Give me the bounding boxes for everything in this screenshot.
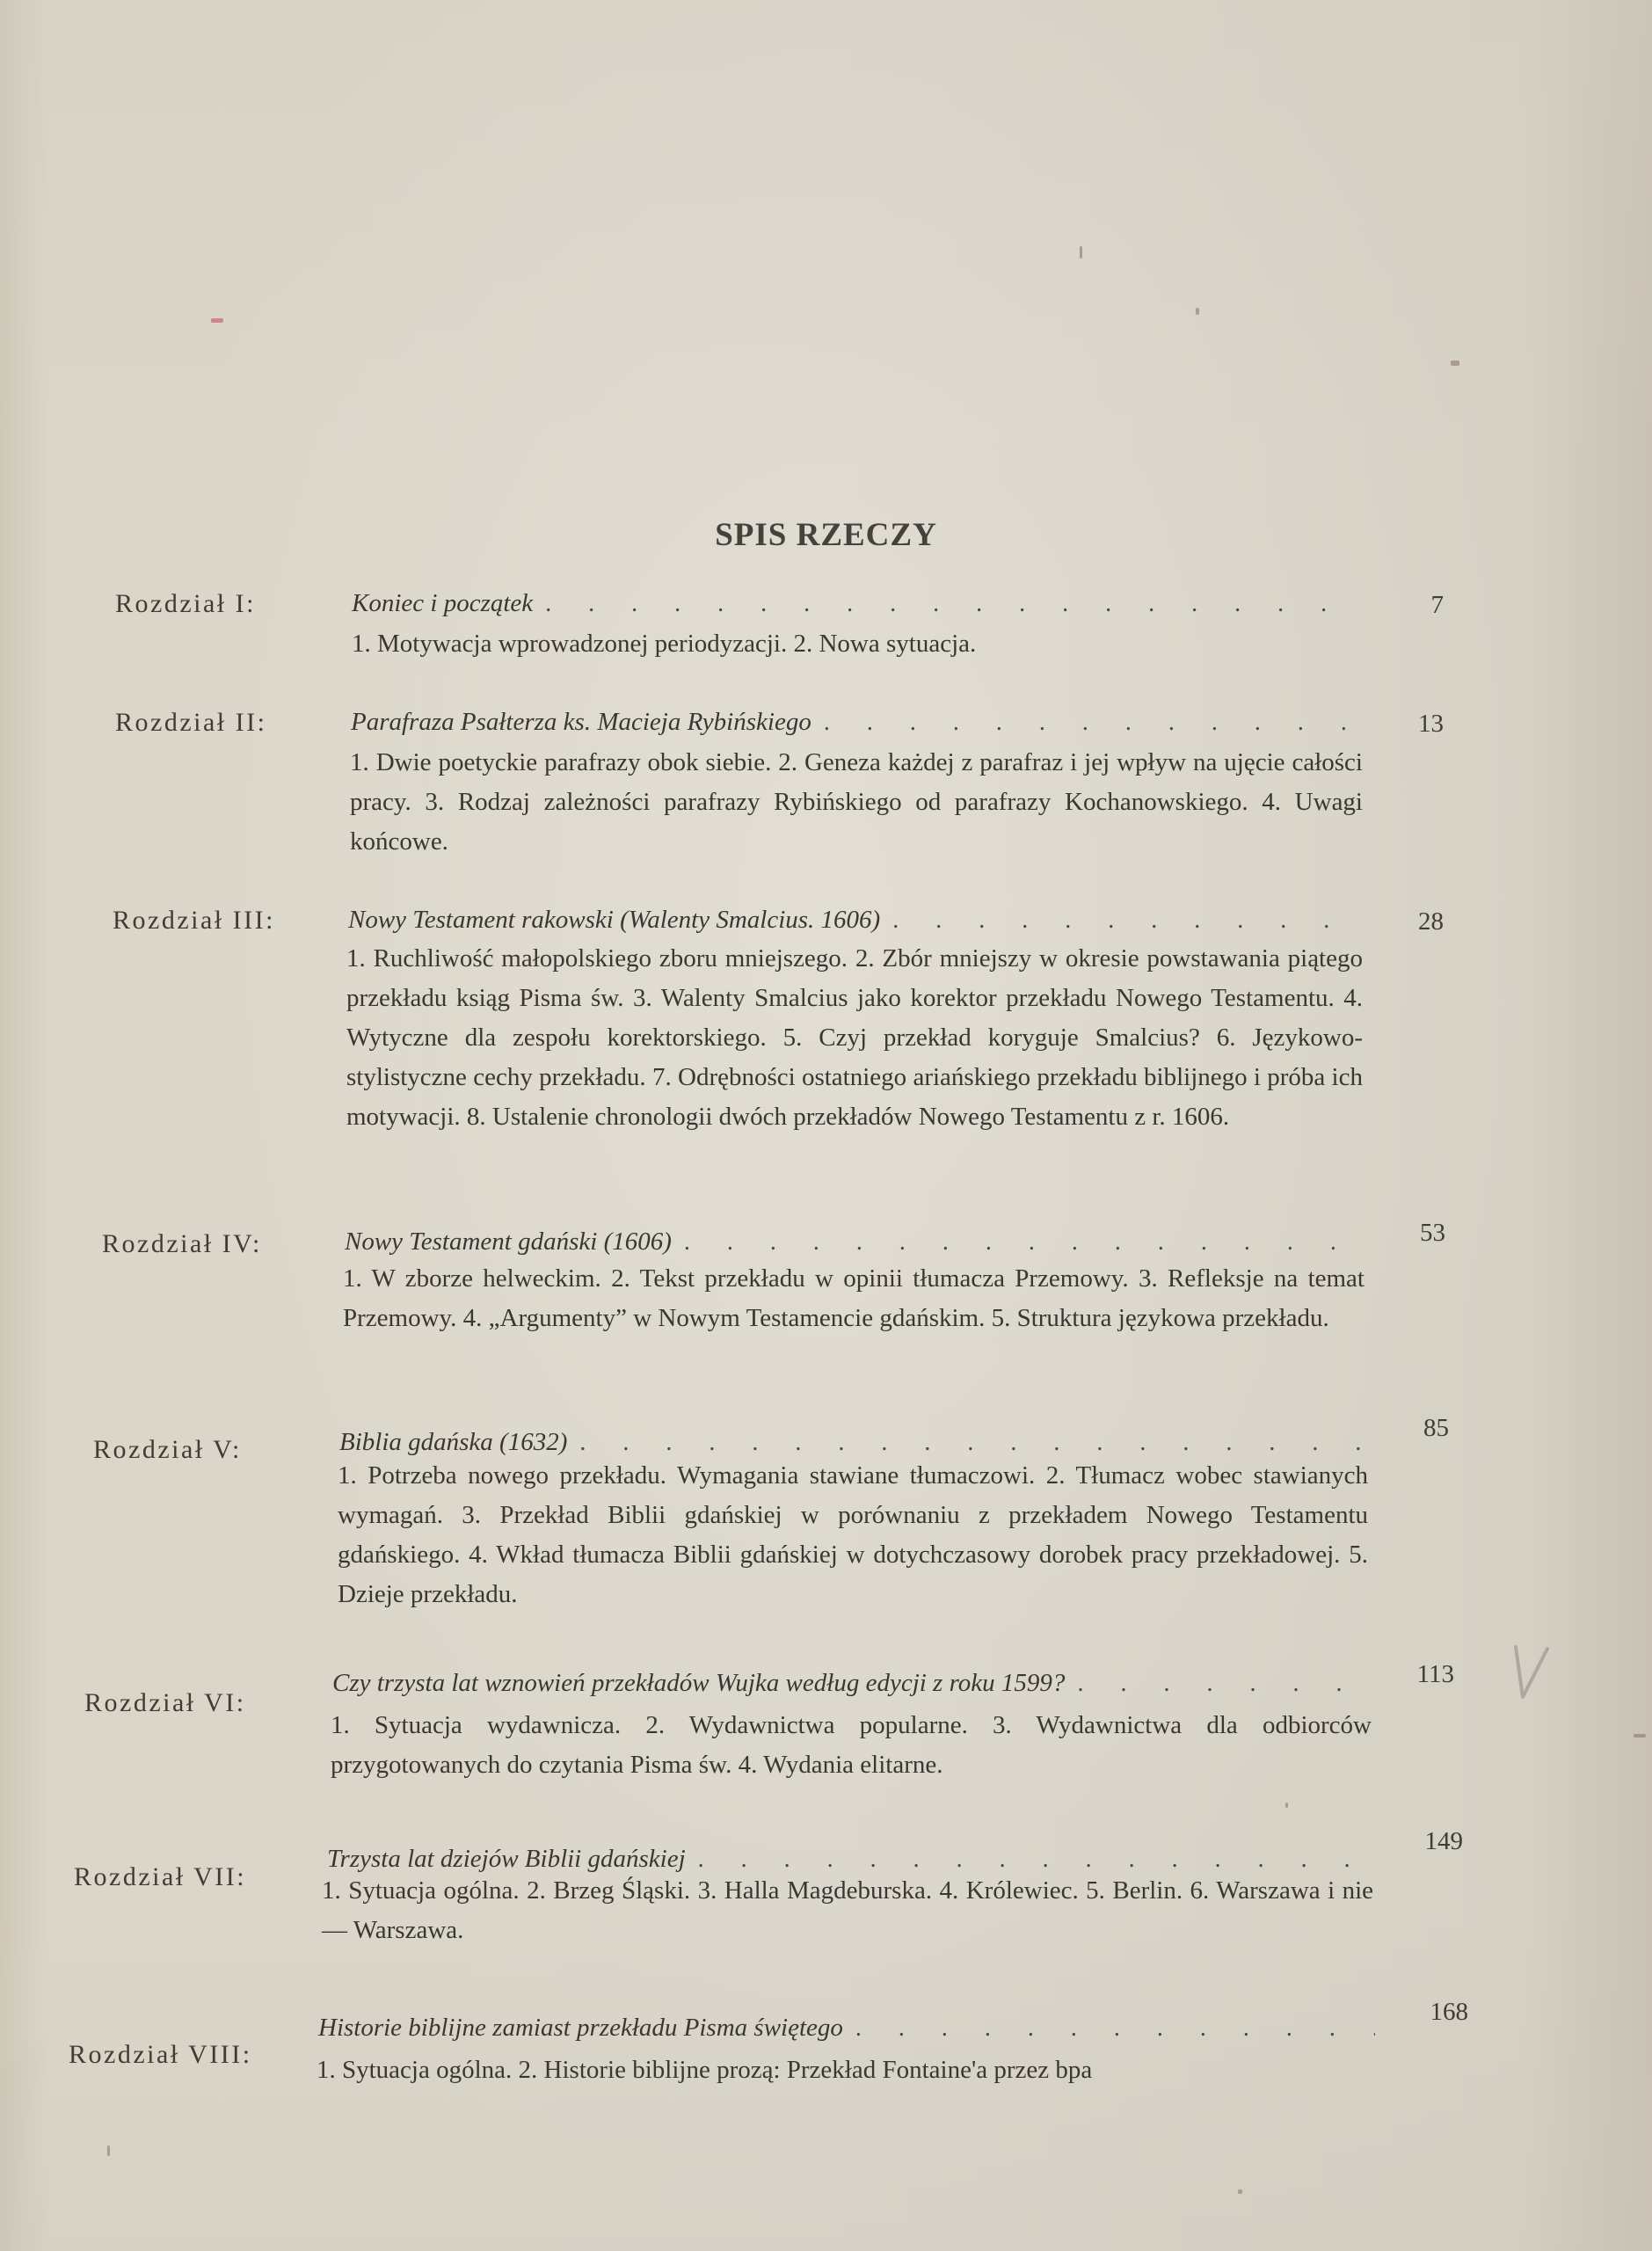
chapter-summary: 1. Dwie poetyckie parafrazy obok siebie.… (350, 743, 1363, 862)
chapter-title-row[interactable]: Biblia gdańska (1632) . . . . . . . . . … (339, 1428, 1366, 1457)
chapter-label: Rozdział V: (93, 1435, 242, 1465)
chapter-title: Koniec i początek (352, 589, 533, 618)
chapter-summary: 1. Sytuacja wydawnicza. 2. Wydawnictwa p… (331, 1706, 1372, 1785)
chapter-label: Rozdział VIII: (69, 2040, 252, 2070)
paper-speck (1196, 308, 1199, 315)
page-number[interactable]: 28 (1398, 907, 1444, 936)
dot-leader: . . . . . . . . . . . . . . . . . . . . … (811, 709, 1364, 737)
paper-speck (1285, 1803, 1288, 1808)
chapter-label: Rozdział VI: (84, 1688, 246, 1718)
dot-leader: . . . . . . . . . . . . . . . . . . . . … (567, 1429, 1366, 1457)
paper-speck (1080, 246, 1082, 259)
pencil-check-mark-icon (1505, 1640, 1558, 1701)
dot-leader: . . . . . . . . . . . . . . . . . . . . … (843, 2014, 1375, 2043)
chapter-title: Trzysta lat dziejów Biblii gdańskiej (327, 1845, 686, 1874)
paper-speck (211, 318, 223, 323)
page-number[interactable]: 7 (1398, 591, 1444, 620)
chapter-title-row[interactable]: Czy trzysta lat wznowień przekładów Wujk… (332, 1669, 1370, 1698)
dot-leader: . . . . . . . . . . . . . . . . . . . . … (1065, 1670, 1370, 1698)
dot-leader: . . . . . . . . . . . . . . . . . . . . … (686, 1846, 1370, 1874)
chapter-title-row[interactable]: Trzysta lat dziejów Biblii gdańskiej . .… (327, 1845, 1370, 1874)
chapter-title-row[interactable]: Nowy Testament rakowski (Walenty Smalciu… (348, 906, 1365, 935)
chapter-title-row[interactable]: Historie biblijne zamiast przekładu Pism… (318, 2014, 1375, 2043)
dot-leader: . . . . . . . . . . . . . . . . . . . . … (672, 1228, 1365, 1257)
page-number[interactable]: 53 (1400, 1219, 1445, 1248)
chapter-summary: 1. Ruchliwość małopolskiego zboru mniejs… (346, 939, 1363, 1137)
chapter-title: Parafraza Psałterza ks. Macieja Rybiński… (351, 708, 811, 737)
chapter-summary: 1. Motywacja wprowadzonej periodyzacji. … (352, 624, 1363, 664)
chapter-label: Rozdział II: (115, 708, 266, 738)
chapter-label: Rozdział VII: (74, 1862, 246, 1892)
dot-leader: . . . . . . . . . . . . . . . . . . . . … (880, 907, 1365, 935)
chapter-label: Rozdział IV: (102, 1229, 262, 1259)
paper-speck (107, 2145, 110, 2156)
paper-speck (1238, 2189, 1242, 2194)
chapter-summary: 1. Potrzeba nowego przekładu. Wymagania … (338, 1456, 1368, 1614)
chapter-summary: 1. Sytuacja ogólna. 2. Historie biblijne… (317, 2051, 1380, 2090)
page-number[interactable]: 13 (1398, 710, 1444, 739)
chapter-title: Biblia gdańska (1632) (339, 1428, 567, 1457)
page-number[interactable]: 85 (1403, 1414, 1449, 1443)
paper-speck (1634, 1734, 1646, 1737)
chapter-title: Historie biblijne zamiast przekładu Pism… (318, 2014, 843, 2043)
chapter-summary: 1. W zborze helweckim. 2. Tekst przekład… (343, 1259, 1365, 1338)
chapter-label: Rozdział I: (115, 589, 256, 619)
page-number[interactable]: 149 (1412, 1827, 1463, 1856)
page-number[interactable]: 168 (1417, 1998, 1468, 2027)
chapter-title: Czy trzysta lat wznowień przekładów Wujk… (332, 1669, 1065, 1698)
dot-leader: . . . . . . . . . . . . . . . . . . . . … (533, 590, 1365, 618)
chapter-summary: 1. Sytuacja ogólna. 2. Brzeg Śląski. 3. … (322, 1871, 1373, 1950)
chapter-title-row[interactable]: Nowy Testament gdański (1606) . . . . . … (345, 1227, 1365, 1257)
chapter-label: Rozdział III: (113, 906, 275, 936)
page-number[interactable]: 113 (1403, 1660, 1454, 1689)
chapter-title-row[interactable]: Parafraza Psałterza ks. Macieja Rybiński… (351, 708, 1364, 737)
chapter-title: Nowy Testament gdański (1606) (345, 1227, 672, 1257)
paper-speck (1451, 361, 1459, 366)
page-title: SPIS RZECZY (0, 516, 1652, 554)
chapter-title: Nowy Testament rakowski (Walenty Smalciu… (348, 906, 880, 935)
chapter-title-row[interactable]: Koniec i początek . . . . . . . . . . . … (352, 589, 1365, 618)
